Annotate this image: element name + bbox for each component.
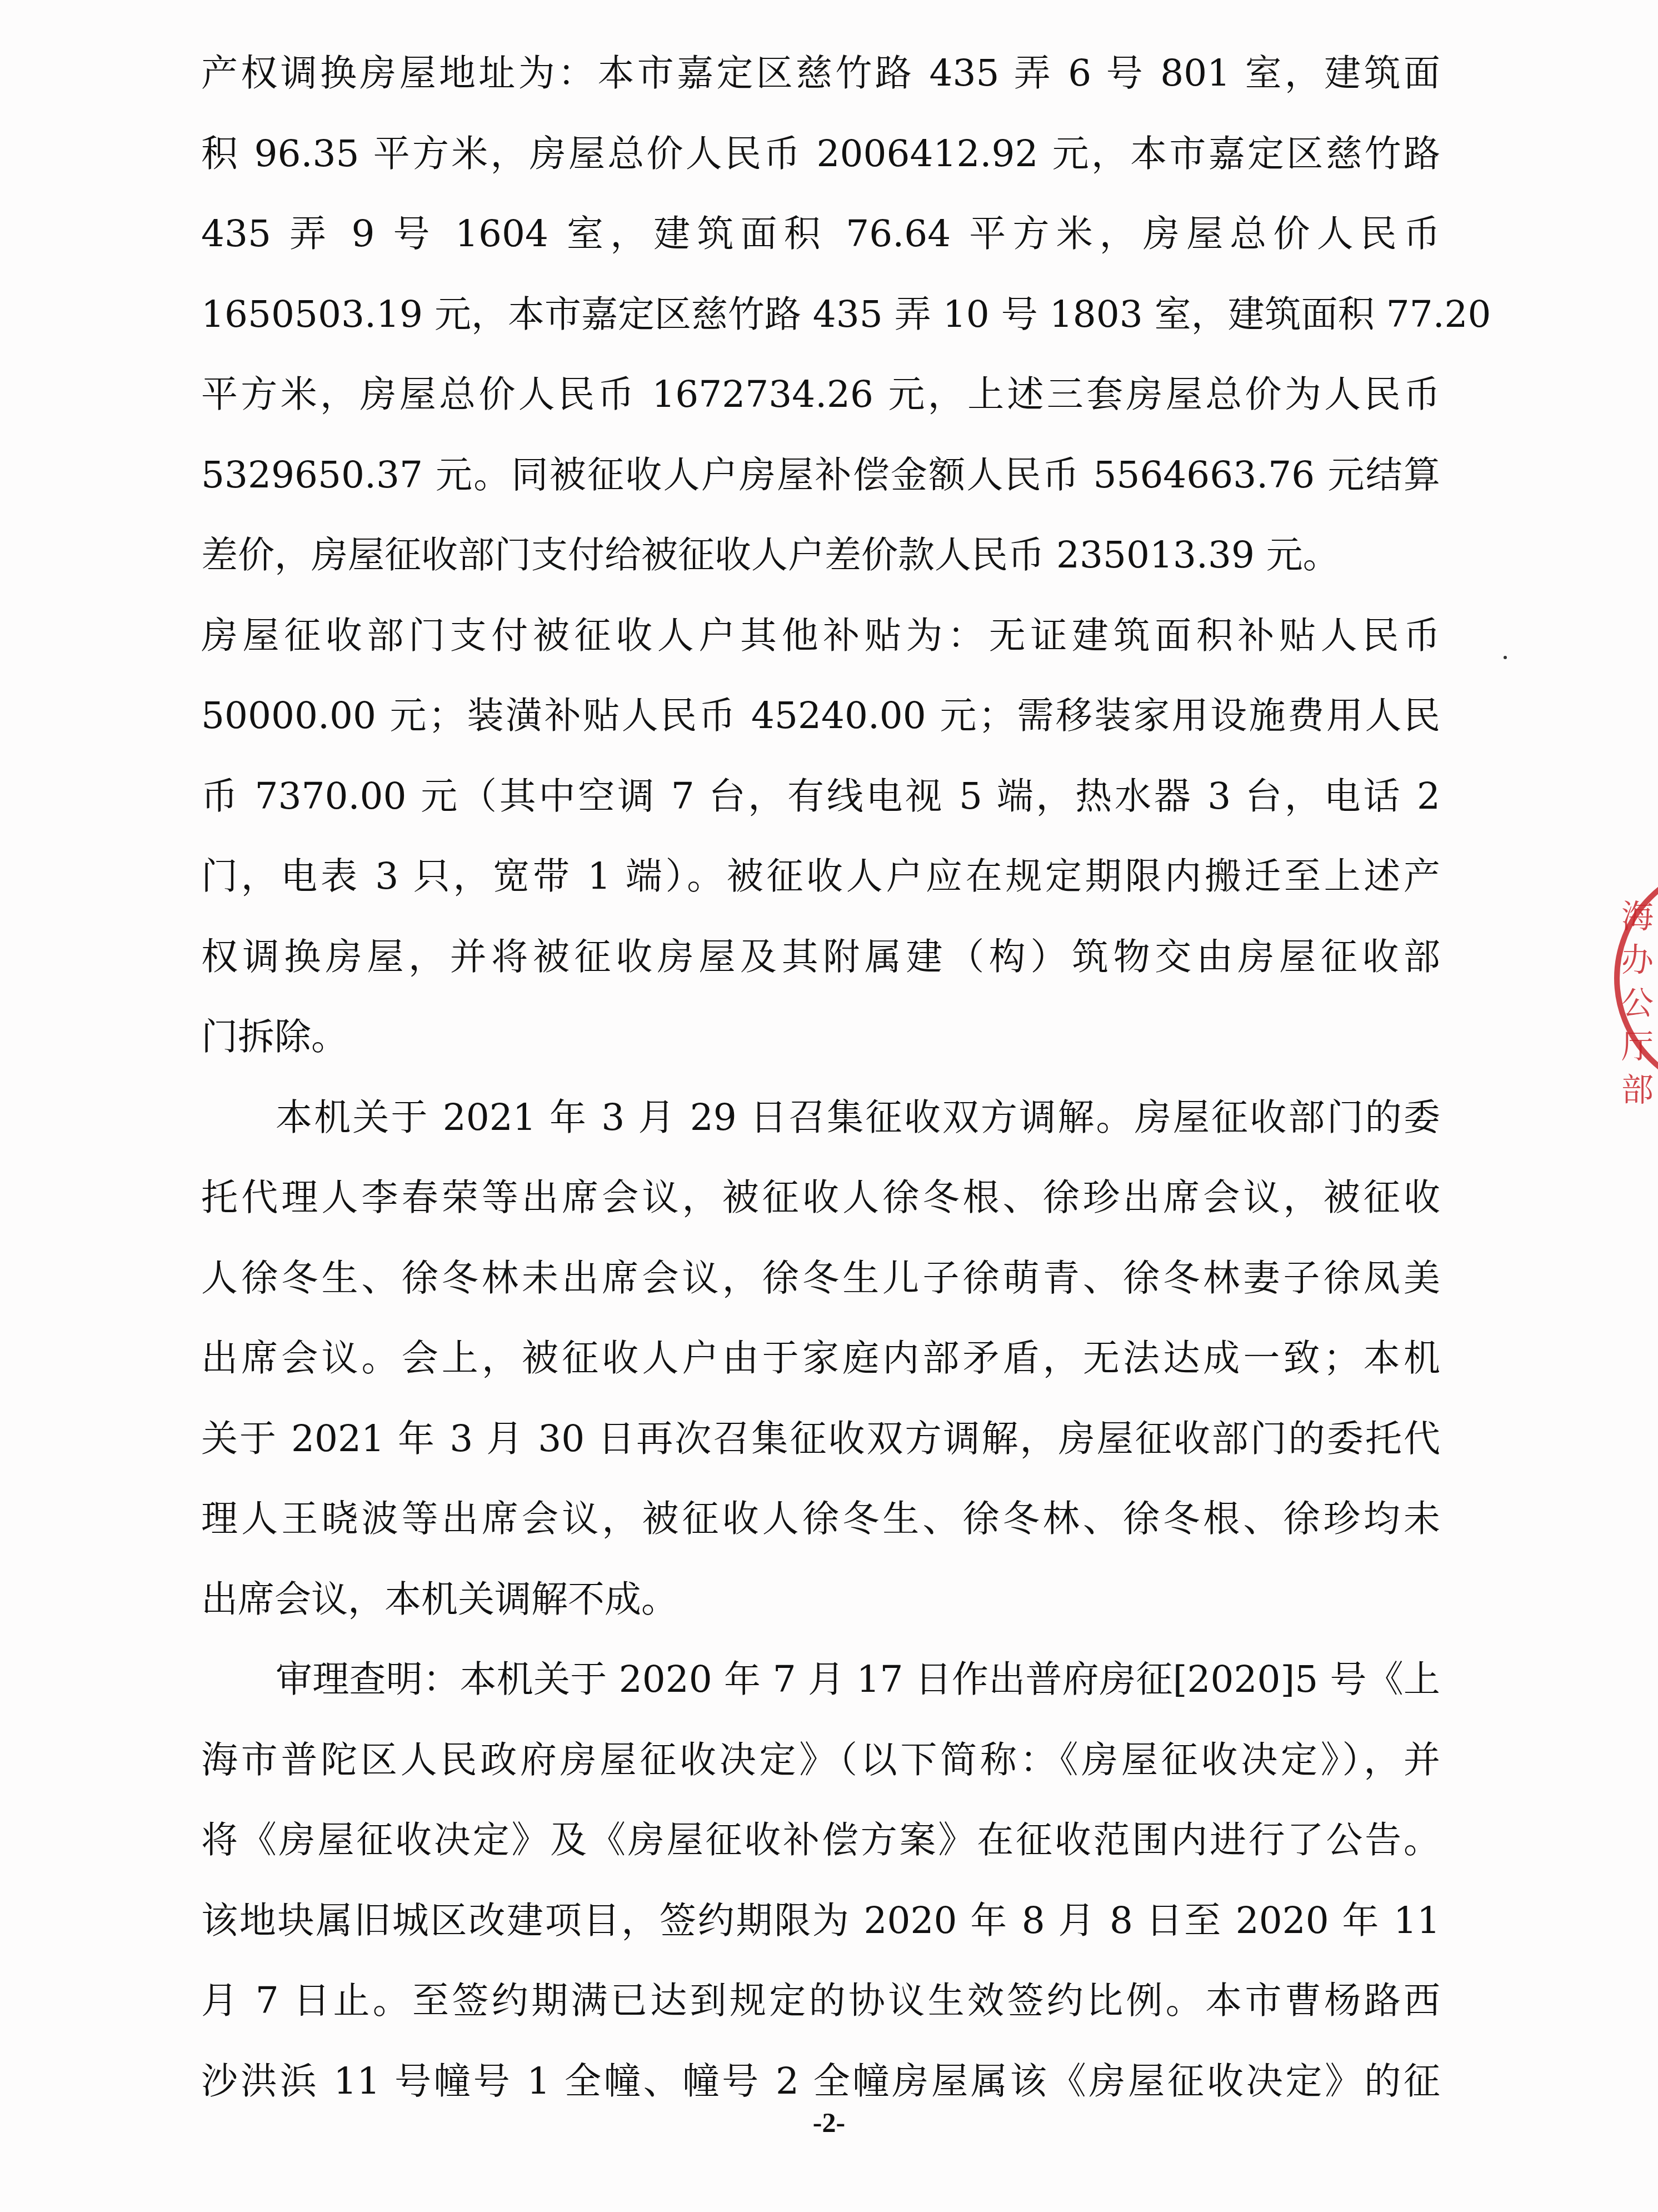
text-line: 权调换房屋，并将被征收房屋及其附属建（构）筑物交由房屋征收部 (201, 917, 1440, 998)
text-line: 门拆除。 (201, 997, 1440, 1078)
text-line: 托代理人李春荣等出席会议，被征收人徐冬根、徐珍出席会议，被征收 (201, 1158, 1440, 1238)
seal-char: 办 (1621, 938, 1655, 982)
paragraph-property-exchange: 产权调换房屋地址为：本市嘉定区慈竹路 435 弄 6 号 801 室，建筑面 积… (201, 33, 1440, 1078)
text-line: 月 7 日止。至签约期满已达到规定的协议生效签约比例。本市曹杨路西 (201, 1961, 1440, 2041)
text-line: 产权调换房屋地址为：本市嘉定区慈竹路 435 弄 6 号 801 室，建筑面 (201, 33, 1440, 114)
seal-char: 公 (1621, 982, 1655, 1025)
text-line: 50000.00 元；装潢补贴人民币 45240.00 元；需移装家用设施费用人… (201, 676, 1440, 756)
text-line: 海市普陀区人民政府房屋征收决定》（以下简称：《房屋征收决定》），并 (201, 1720, 1440, 1801)
text-line: 理人王晓波等出席会议，被征收人徐冬生、徐冬林、徐冬根、徐珍均未 (201, 1479, 1440, 1560)
seal-char: 部 (1621, 1068, 1655, 1112)
text-line: 将《房屋征收决定》及《房屋征收补偿方案》在征收范围内进行了公告。 (201, 1800, 1440, 1881)
text-line: 435 弄 9 号 1604 室，建筑面积 76.64 平方米，房屋总价人民币 (201, 194, 1440, 275)
text-line: 门，电表 3 只，宽带 1 端）。被征收人户应在规定期限内搬迁至上述产 (201, 836, 1440, 917)
text-line: 平方米，房屋总价人民币 1672734.26 元，上述三套房屋总价为人民币 (201, 355, 1440, 435)
text-line: 5329650.37 元。同被征收人户房屋补偿金额人民币 5564663.76 … (201, 435, 1440, 516)
scan-speck (1504, 656, 1507, 659)
page-number: -2- (0, 2106, 1658, 2139)
text-line: 关于 2021 年 3 月 30 日再次召集征收双方调解，房屋征收部门的委托代 (201, 1399, 1440, 1479)
seal-char: 厅 (1621, 1025, 1655, 1068)
text-line: 币 7370.00 元（其中空调 7 台，有线电视 5 端，热水器 3 台，电话… (201, 756, 1440, 837)
text-line: 出席会议。会上，被征收人户由于家庭内部矛盾，无法达成一致；本机 (201, 1318, 1440, 1399)
paragraph-findings: 审理查明：本机关于 2020 年 7 月 17 日作出普府房征[2020]5 号… (201, 1640, 1440, 2121)
text-line: 人徐冬生、徐冬林未出席会议，徐冬生儿子徐萌青、徐冬林妻子徐凤美 (201, 1238, 1440, 1319)
seal-text: 海 办 公 厅 部 (1621, 895, 1655, 1112)
text-line: 该地块属旧城区改建项目，签约期限为 2020 年 8 月 8 日至 2020 年… (201, 1881, 1440, 1961)
seal-char: 海 (1621, 895, 1655, 938)
text-line: 差价，房屋征收部门支付给被征收人户差价款人民币 235013.39 元。 (201, 515, 1440, 596)
text-line: 本机关于 2021 年 3 月 29 日召集征收双方调解。房屋征收部门的委 (201, 1078, 1440, 1158)
paragraph-mediation: 本机关于 2021 年 3 月 29 日召集征收双方调解。房屋征收部门的委 托代… (201, 1078, 1440, 1640)
text-line: 1650503.19 元，本市嘉定区慈竹路 435 弄 10 号 1803 室，… (201, 275, 1440, 355)
document-page: 产权调换房屋地址为：本市嘉定区慈竹路 435 弄 6 号 801 室，建筑面 积… (0, 0, 1658, 2212)
text-line: 审理查明：本机关于 2020 年 7 月 17 日作出普府房征[2020]5 号… (201, 1640, 1440, 1720)
document-body: 产权调换房屋地址为：本市嘉定区慈竹路 435 弄 6 号 801 室，建筑面 积… (201, 33, 1440, 2121)
text-line: 积 96.35 平方米，房屋总价人民币 2006412.92 元，本市嘉定区慈竹… (201, 114, 1440, 195)
text-line: 房屋征收部门支付被征收人户其他补贴为：无证建筑面积补贴人民币 (201, 596, 1440, 676)
text-line: 出席会议，本机关调解不成。 (201, 1560, 1440, 1640)
